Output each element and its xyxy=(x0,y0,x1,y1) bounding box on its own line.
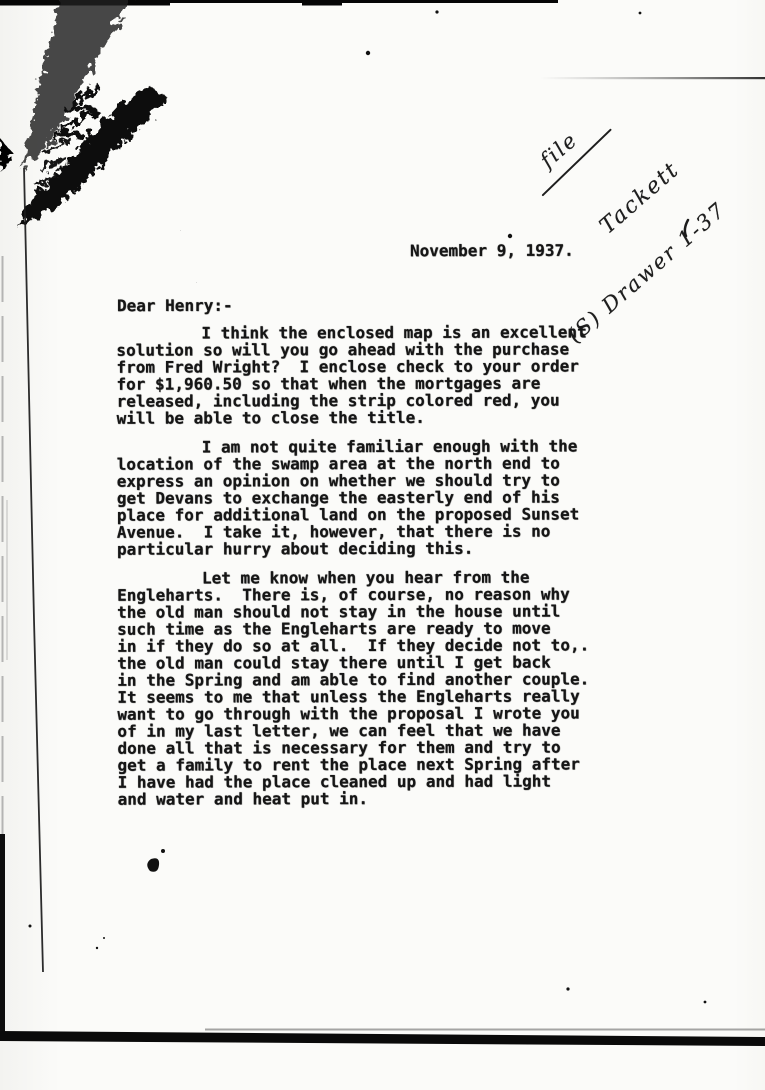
top-scan-edge xyxy=(0,0,558,6)
stray-pen-tick xyxy=(685,220,688,236)
letter-line: I have had the place cleaned up and had … xyxy=(118,772,663,790)
letter-line: express an opinion on whether we should … xyxy=(117,471,662,489)
letter-line: the old man should not stay in the house… xyxy=(117,602,662,620)
letter-line: Avenue. I take it, however, that there i… xyxy=(117,522,662,540)
annotation-line-name: Tackett xyxy=(514,54,765,299)
letter-line: Engleharts. There is, of course, no reas… xyxy=(117,585,662,603)
letter-line: done all that is necessary for them and … xyxy=(117,738,662,756)
bottom-scan-edge xyxy=(0,1029,765,1047)
letter-line: of in my last letter, we can feel that w… xyxy=(117,721,662,739)
letter-line: and water and heat put in. xyxy=(118,789,663,807)
letter-line: from Fred Wright? I enclose check to you… xyxy=(116,357,661,375)
corner-smudge xyxy=(0,0,168,228)
annotation-line-drawer: (S) Drawer 1-37 xyxy=(561,145,765,350)
ink-blot xyxy=(147,858,159,872)
letter-line: I am not quite familiar enough with the xyxy=(117,437,662,455)
page-edge-line xyxy=(24,168,43,972)
letter-line: It seems to me that unless the Englehart… xyxy=(117,687,662,705)
letter-line: Let me know when you hear from the xyxy=(117,568,662,586)
letter-line: particular hurry about deciding this. xyxy=(117,539,662,557)
letter-body: I think the enclosed map is an excellent… xyxy=(116,323,662,819)
letter-line: in the Spring and am able to find anothe… xyxy=(117,670,662,688)
letter-line: place for additional land on the propose… xyxy=(117,505,662,523)
letter-line: get a family to rent the place next Spri… xyxy=(117,755,662,773)
letter-salutation: Dear Henry:- xyxy=(117,297,233,314)
left-scan-bar xyxy=(0,834,5,1038)
letter-paragraph: I am not quite familiar enough with thel… xyxy=(117,437,662,557)
scanned-letter-page: file Tackett (S) Drawer 1-37 November 9,… xyxy=(0,0,765,1090)
annotation-line-file: file xyxy=(519,15,692,175)
letter-line: I think the enclosed map is an excellent xyxy=(116,323,661,341)
faint-fold-line xyxy=(540,77,765,79)
letter-line: solution so will you go ahead with the p… xyxy=(116,340,661,358)
handwritten-annotation: file Tackett (S) Drawer 1-37 xyxy=(447,15,765,327)
letter-line: for $1,960.50 so that when the mortgages… xyxy=(116,374,661,392)
letter-paragraph: Let me know when you hear from theEngleh… xyxy=(117,568,663,807)
letter-paragraph: I think the enclosed map is an excellent… xyxy=(116,323,661,426)
pen-stroke xyxy=(541,128,612,196)
letter-line: will be able to close the title. xyxy=(117,408,662,426)
letter-line: released, including the strip colored re… xyxy=(117,391,662,409)
letter-date: November 9, 1937. xyxy=(410,242,574,259)
letter-line: location of the swamp area at the north … xyxy=(117,454,662,472)
letter-line: get Devans to exchange the easterly end … xyxy=(117,488,662,506)
letter-line: in if they do so at all. If they decide … xyxy=(117,636,662,654)
annotation-line-name-text: Tackett xyxy=(595,157,684,239)
letter-line: want to go through with the proposal I w… xyxy=(117,704,662,722)
